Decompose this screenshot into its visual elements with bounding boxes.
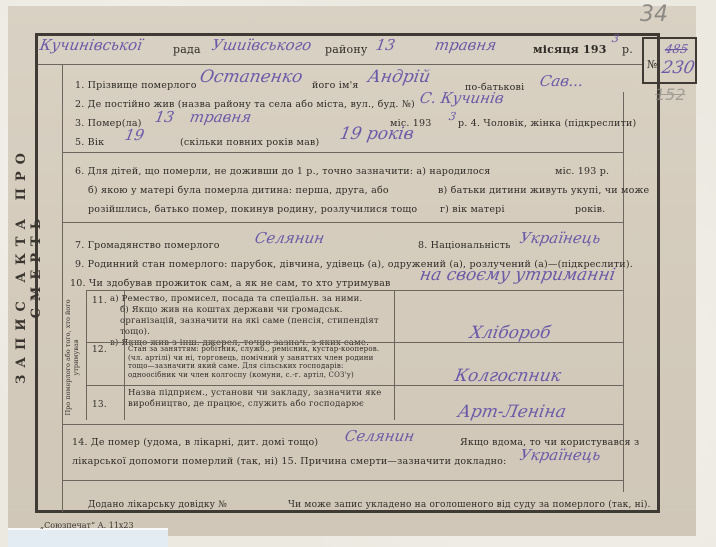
divider-13: [63, 424, 623, 425]
place-of-death-value: Селянин: [343, 427, 415, 445]
f11-b: б) Якщо жив на коштах держави чи громадс…: [110, 305, 392, 338]
patronymic-value: Сав...: [538, 72, 585, 90]
child-line-1-end: міс. 193 р.: [555, 166, 609, 177]
age-value: 19: [123, 126, 145, 144]
nationality-value: Українець: [518, 229, 602, 247]
sub-col-line: [86, 290, 87, 420]
divider-14: [63, 480, 623, 481]
divider-11: [86, 342, 623, 343]
livelihood-value: на своєму утриманні: [418, 265, 617, 285]
inner-right-line: [623, 92, 624, 492]
record-number-crossed: 485: [664, 42, 689, 56]
nationality-label: 8. Національність: [418, 240, 511, 251]
age-label: 5. Вік: [75, 137, 104, 148]
f13-num: 13.: [92, 400, 107, 410]
surname-label: 1. Прізвище померлого: [75, 80, 197, 91]
citizenship-label: 7. Громадянство померлого: [75, 240, 220, 251]
livelihood-label: 10. Чи здобував прожиток сам, а як не са…: [70, 278, 391, 289]
status-value: Колгоспник: [453, 366, 562, 386]
cause-value: Українець: [518, 446, 602, 464]
place-of-death-label: 14. Де помер (удома, в лікарні, дит. дом…: [72, 437, 318, 448]
f11-text: а) Ремество, промисел, посада та спеціал…: [110, 294, 392, 349]
citizenship-value: Селянин: [253, 229, 325, 247]
page-number: 34: [640, 2, 668, 27]
child-line-1: 6. Для дітей, що померли, не доживши до …: [75, 166, 490, 177]
divider-5: [63, 152, 623, 153]
divider-10: [86, 290, 623, 291]
record-number-label: №: [647, 58, 658, 71]
side-title: ЗАПИС АКТА ПРО СМЕРТЬ: [14, 105, 34, 425]
court-question: Чи може запис укладено на оголошеного ві…: [288, 500, 651, 510]
answer-col-line: [394, 290, 395, 420]
inner-left-line: [62, 64, 63, 512]
first-name-label: його ім'я: [312, 80, 359, 91]
child-line-2-end: в) батьки дитини живуть укупі, чи може: [438, 185, 649, 196]
child-line-3-tail: років.: [575, 204, 605, 215]
divider-12: [86, 385, 623, 386]
surname-value: Остапенко: [198, 67, 304, 87]
council-label: рада: [173, 43, 201, 56]
day-value: 13: [374, 36, 396, 54]
district-value: Ушиївського: [210, 36, 313, 54]
header-divider: [38, 64, 642, 65]
f11-a: а) Ремество, промисел, посада та спеціал…: [110, 294, 392, 305]
f11-num: 11.: [92, 296, 107, 306]
council-value: Кучинівської: [38, 36, 143, 54]
child-line-3: розійшлись, батько помер, покинув родину…: [88, 204, 417, 215]
child-line-3-end: г) вік матері: [440, 204, 505, 215]
month-label: місяця 193: [533, 43, 607, 56]
printer-code: „Союзпечат“ А. 11х23: [40, 521, 134, 530]
district-label: району: [325, 43, 368, 56]
age-written: 19 років: [338, 124, 415, 144]
age-note: (скільки повних років мав): [180, 137, 319, 148]
certificate-label: Додано лікарську довідку №: [88, 500, 227, 510]
residence-value: С. Кучинів: [418, 89, 505, 107]
death-day: 13: [153, 108, 175, 126]
divider-6: [63, 222, 623, 223]
f13-text: Назва підприєм., установи чи закладу, за…: [128, 388, 392, 410]
side-subtitle: Про померлого або того, хто його утримув…: [64, 290, 80, 425]
child-line-2: б) якою у матері була померла дитина: пе…: [88, 185, 389, 196]
occupation-value: Хлібороб: [468, 323, 552, 343]
torn-edge: [8, 528, 168, 547]
sex-label: р. 4. Чоловік, жінка (підкреслити): [458, 118, 636, 129]
f12-num: 12.: [92, 345, 107, 355]
pencil-mark: 152: [655, 85, 686, 104]
death-month: травня: [188, 108, 252, 126]
record-number-value: 230: [660, 58, 696, 78]
first-name-value: Андрій: [366, 67, 432, 87]
month-value: травня: [433, 36, 497, 54]
year-suffix: р.: [622, 43, 633, 56]
f12-text: Стан за заняттям: робітник, служб., ремі…: [128, 345, 392, 379]
cause-label: лікарської допомоги померлий (так, ні) 1…: [72, 456, 507, 467]
workplace-value: Арт-Леніна: [456, 402, 567, 422]
